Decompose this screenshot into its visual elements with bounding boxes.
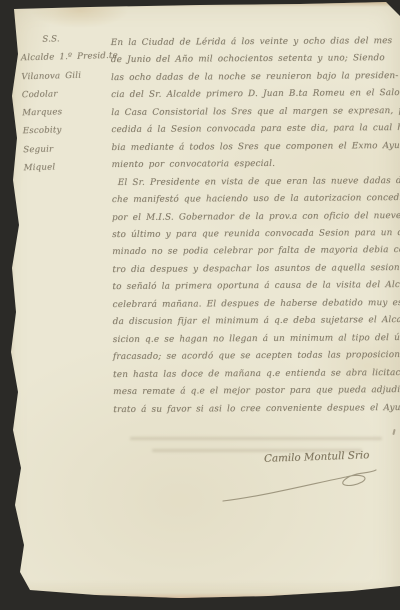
scan-backdrop: S.S.Alcalde 1.º Presid.teVilanova GiliCo… xyxy=(0,0,400,610)
manuscript-text-line: sicion q.e se hagan no llegan á un minim… xyxy=(113,330,400,349)
ink-bleedthrough xyxy=(130,437,382,440)
margin-attendee-name: S.S. xyxy=(42,29,116,49)
manuscript-text-line: fracasado; se acordó que se acepten toda… xyxy=(113,347,400,366)
manuscript-text-line: miento por convocatoria especial. xyxy=(112,155,400,174)
manuscript-text-line: de Junio del Año mil ochocientos setenta… xyxy=(111,50,400,69)
paper-bottom-edge-tint xyxy=(95,593,370,599)
manuscript-text-line: celebrará mañana. El despues de haberse … xyxy=(112,295,400,314)
minutes-paragraph-2: El Sr. Presidente en vista de que eran l… xyxy=(112,173,400,419)
signature-rubric-flourish-icon xyxy=(220,468,380,508)
manuscript-text-line: las ocho dadas de la noche se reunieron … xyxy=(111,68,400,87)
manuscript-text-line: sto último y para que reunida convocada … xyxy=(112,225,400,244)
margin-attendee-list: S.S.Alcalde 1.º Presid.teVilanova GiliCo… xyxy=(20,29,120,178)
manuscript-text-line: tro dia despues y despachar los asuntos … xyxy=(112,260,400,279)
manuscript-text-line: la Casa Consistorial los Sres que al mar… xyxy=(111,103,400,122)
manuscript-text-line: trato á su favor si asi lo cree convenie… xyxy=(113,399,400,418)
manuscript-text-line: minado no se podia celebrar por falta de… xyxy=(112,242,400,261)
manuscript-text-line: da discusion fijar el minimum á q.e deba… xyxy=(113,312,400,331)
manuscript-page: S.S.Alcalde 1.º Presid.teVilanova GiliCo… xyxy=(0,0,400,610)
secretary-signature: Camilo Montull Srio xyxy=(264,449,370,465)
manuscript-text-line: ten hasta las doce de mañana q.e entiend… xyxy=(113,365,400,384)
minutes-body: En la Ciudad de Lérida á los veinte y oc… xyxy=(111,33,400,419)
minutes-paragraph-1: En la Ciudad de Lérida á los veinte y oc… xyxy=(111,33,400,175)
manuscript-text-line: cedida á la Sesion convocada para este d… xyxy=(111,120,400,139)
manuscript-text-line: to señaló la primera oportuna á causa de… xyxy=(112,277,400,296)
deckled-left-edge xyxy=(0,0,16,610)
manuscript-text-line: che manifestó que haciendo uso de la aut… xyxy=(112,190,400,209)
manuscript-text-line: cia del Sr. Alcalde primero D. Juan B.ta… xyxy=(111,85,400,104)
manuscript-text-line: En la Ciudad de Lérida á los veinte y oc… xyxy=(111,33,400,52)
manuscript-text-line: mesa remate á q.e el mejor postor para q… xyxy=(113,382,400,401)
manuscript-text-line: por el M.I.S. Gobernador de la prov.a co… xyxy=(112,208,400,227)
margin-attendee-name: Alcalde 1.º Presid.te xyxy=(21,47,117,68)
stray-ink-mark xyxy=(392,429,395,435)
manuscript-text-line: El Sr. Presidente en vista de que eran l… xyxy=(118,173,400,192)
margin-attendee-name: Miquel xyxy=(23,157,119,178)
paper-top-edge-tint xyxy=(118,1,400,7)
manuscript-text-line: bia mediante á todos los Sres que compon… xyxy=(111,138,400,157)
